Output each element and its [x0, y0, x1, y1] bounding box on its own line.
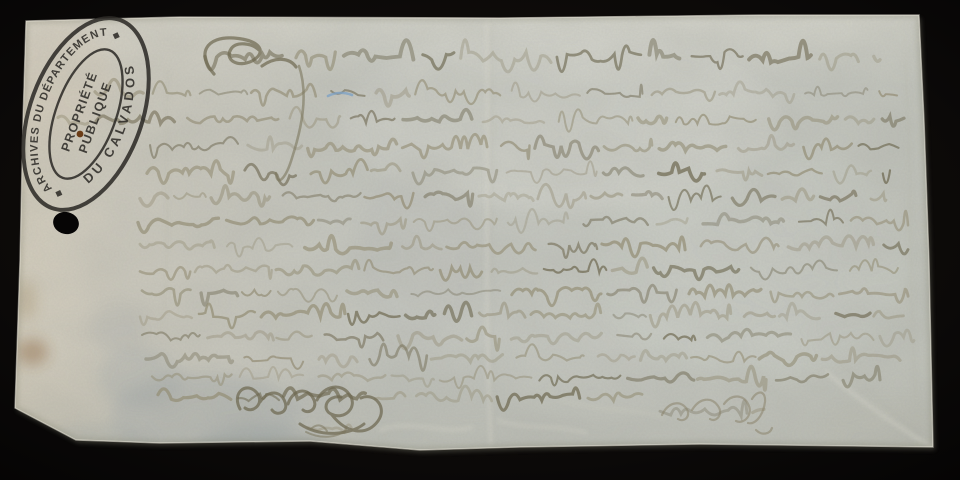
paper-grain [0, 0, 960, 480]
photo-stage: ARCHIVES DU DÉPARTEMENT DU CALVADOS PROP… [0, 0, 960, 480]
document-photo: ARCHIVES DU DÉPARTEMENT DU CALVADOS PROP… [0, 0, 960, 480]
parchment-texture [0, 0, 960, 480]
rust-spot [77, 131, 84, 138]
parchment-sheet [0, 0, 960, 480]
